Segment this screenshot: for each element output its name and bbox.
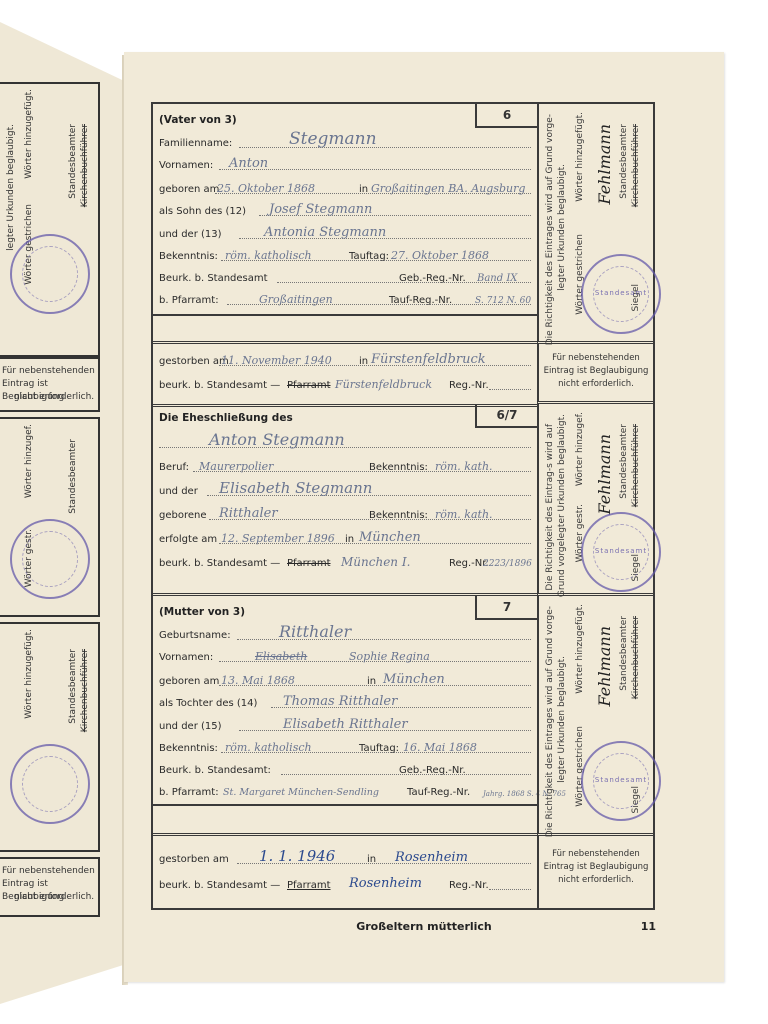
handwritten-value: Anton xyxy=(229,156,268,171)
added-words-label: Wörter hinzugef. xyxy=(575,412,586,486)
field-daughter-of: als Tochter des (14) Thomas Ritthaler xyxy=(159,690,531,712)
field-and-of: und der (15) Elisabeth Ritthaler xyxy=(159,713,531,735)
field-label: Beurk. b. Standesamt xyxy=(159,273,268,284)
left-cert-box-2: Wörter hinzugef. Wörter gestr. Standesbe… xyxy=(0,417,100,617)
dotted-line xyxy=(489,389,531,390)
field-label: b. Pfarramt: xyxy=(159,295,219,306)
left-official: Standesbeamter xyxy=(68,439,78,514)
dotted-line xyxy=(237,863,531,864)
field-died: gestorben am 1. 1. 1946 in Rosenheim xyxy=(159,846,531,868)
entry-number: 6 xyxy=(475,104,537,128)
dotted-line xyxy=(277,282,531,283)
left-official: Standesbeamter xyxy=(68,124,78,199)
left-added-words: Wörter hinzugefügt. xyxy=(24,629,34,719)
left-official: Standesbeamter xyxy=(68,649,78,724)
field-label: Vornamen: xyxy=(159,160,213,171)
field-family-name: Familienname: Stegmann xyxy=(159,130,531,152)
field-label: Pfarramt xyxy=(287,558,331,569)
field-birth-name: Geburtsname: Ritthaler xyxy=(159,622,531,644)
dotted-line xyxy=(219,543,531,544)
field-label: b. Pfarramt: xyxy=(159,787,219,798)
field-label: als Sohn des (12) xyxy=(159,206,246,217)
field-label: erfolgte am xyxy=(159,534,217,545)
field-label: Geburtsname: xyxy=(159,630,231,641)
left-cert-text: legter Urkunden beglaubigt. xyxy=(6,124,16,251)
field-label: Vornamen: xyxy=(159,652,213,663)
certification-text: Die Richtigkeit des Eintrages wird auf G… xyxy=(545,114,556,345)
dotted-line xyxy=(219,365,531,366)
certification-text: legter Urkunden beglaubigt. xyxy=(557,164,568,291)
dotted-line xyxy=(193,471,531,472)
no-certification-note-father: Für nebenstehenden Eintrag ist Beglaubig… xyxy=(537,344,653,404)
handwritten-value: München I. xyxy=(341,555,410,569)
handwritten-value: Anton Stegmann xyxy=(209,430,345,449)
note-line: Eintrag ist Beglaubigung xyxy=(543,861,649,874)
field-parish: b. Pfarramt: Großaitingen Tauf-Reg.-Nr. … xyxy=(159,287,531,309)
dotted-line xyxy=(281,774,531,775)
official-signature: Fehlmann xyxy=(595,434,614,514)
document-page: (Vater von 3) 6 Familienname: Stegmann V… xyxy=(124,52,724,982)
handwritten-value: 2223/1896 xyxy=(483,559,532,569)
certification-text: legter Urkunden beglaubigt. xyxy=(557,656,568,783)
dotted-line xyxy=(227,304,531,305)
previous-page-edge: legter Urkunden beglaubigt. Wörter hinzu… xyxy=(0,22,124,1004)
entry-number: 7 xyxy=(475,596,537,620)
official-title: Standesbeamter xyxy=(619,616,630,691)
section-title: (Mutter von 3) xyxy=(159,606,245,618)
handwritten-value: Rosenheim xyxy=(349,876,422,891)
official-seal xyxy=(10,744,90,824)
field-label: Bekenntnis: xyxy=(159,743,218,754)
official-signature: Fehlmann xyxy=(595,124,614,204)
entry-number: 6/7 xyxy=(475,404,537,428)
section-divider xyxy=(153,804,537,806)
left-note-box-2: Für nebenstehenden Eintrag ist Beglaubig… xyxy=(0,857,100,917)
section-title: Die Eheschließung des xyxy=(159,412,293,424)
dotted-line xyxy=(221,752,531,753)
field-label: beurk. b. Standesamt — xyxy=(159,880,280,891)
genealogy-form: (Vater von 3) 6 Familienname: Stegmann V… xyxy=(151,102,655,910)
dotted-line xyxy=(209,519,531,520)
handwritten-value: Fürstenfeldbruck xyxy=(335,378,432,391)
church-official-title: Kirchenbuchführer xyxy=(631,124,642,207)
official-seal xyxy=(10,234,90,314)
official-title: Standesbeamter xyxy=(619,424,630,499)
left-added-words: Wörter hinzugef. xyxy=(24,424,34,498)
field-bride: und der Elisabeth Stegmann xyxy=(159,478,531,500)
field-parish: b. Pfarramt: St. Margaret München-Sendli… xyxy=(159,779,531,801)
field-registry: Beurk. b. Standesamt Geb.-Reg.-Nr. Band … xyxy=(159,265,531,287)
field-label: und der xyxy=(159,486,198,497)
section-marriage: Die Eheschließung des 6/7 Anton Stegmann… xyxy=(153,404,537,596)
handwritten-value: Josef Stegmann xyxy=(269,202,372,217)
dotted-line xyxy=(239,147,531,148)
field-label: geboren am xyxy=(159,676,219,687)
seal-inscription: Standesamt xyxy=(583,289,659,297)
note-line: nicht erforderlich. xyxy=(543,874,649,887)
section-father: (Vater von 3) 6 Familienname: Stegmann V… xyxy=(153,104,537,344)
field-marriage-recorded: beurk. b. Standesamt — Pfarramt München … xyxy=(159,550,531,572)
handwritten-value: Sophie Regina xyxy=(349,650,430,663)
page-number: 11 xyxy=(641,920,656,933)
left-note-line: nicht erforderlich. xyxy=(14,891,94,904)
note-line: nicht erforderlich. xyxy=(543,378,649,391)
field-given-names: Vornamen: Elisabeth Sophie Regina xyxy=(159,644,531,666)
seal-inscription: Standesamt xyxy=(583,776,659,784)
field-label: Reg.-Nr. xyxy=(449,380,489,391)
handwritten-value: Antonia Stegmann xyxy=(264,225,386,240)
added-words-label: Wörter hinzugefügt. xyxy=(575,112,586,202)
field-label: Familienname: xyxy=(159,138,232,149)
note-line: Für nebenstehenden xyxy=(543,848,649,861)
left-cert-box-3: Wörter hinzugefügt. Standesbeamter Kirch… xyxy=(0,622,100,852)
field-label: Reg.-Nr. xyxy=(449,880,489,891)
church-official-title: Kirchenbuchführer xyxy=(631,616,642,699)
section-father-death: gestorben am 11. November 1940 in Fürste… xyxy=(153,344,537,407)
dotted-line xyxy=(221,260,531,261)
field-label: Tauf-Reg.-Nr. xyxy=(407,787,470,798)
left-note-line: nicht erforderlich. xyxy=(14,391,94,404)
added-words-label: Wörter hinzugefügt. xyxy=(575,604,586,694)
left-church-official: Kirchenbuchführer xyxy=(80,649,90,732)
handwritten-value: Thomas Ritthaler xyxy=(283,694,397,709)
field-occupation: Beruf: Maurerpolier Bekenntnis: röm. kat… xyxy=(159,454,531,476)
left-church-official: Kirchenbuchführer xyxy=(80,124,90,207)
no-certification-note-mother: Für nebenstehenden Eintrag ist Beglaubig… xyxy=(537,836,653,908)
dotted-line xyxy=(219,685,531,686)
field-nee: geborene Ritthaler Bekenntnis: röm. kath… xyxy=(159,502,531,524)
note-line: Für nebenstehenden xyxy=(543,352,649,365)
section-mother-death: gestorben am 1. 1. 1946 in Rosenheim beu… xyxy=(153,836,537,908)
note-line: Eintrag ist Beglaubigung xyxy=(543,365,649,378)
handwritten-value: Ritthaler xyxy=(279,622,351,641)
field-marriage-date: erfolgte am 12. September 1896 in Münche… xyxy=(159,526,531,548)
dotted-line xyxy=(489,889,531,890)
section-mother: (Mutter von 3) 7 Geburtsname: Ritthaler … xyxy=(153,596,537,836)
official-seal xyxy=(10,519,90,599)
field-label: und der (13) xyxy=(159,229,222,240)
certification-box-mother: Die Richtigkeit des Eintrages wird auf G… xyxy=(537,596,653,836)
left-note-box-1: Für nebenstehenden Eintrag ist Beglaubig… xyxy=(0,357,100,412)
field-son-of: als Sohn des (12) Josef Stegmann xyxy=(159,198,531,220)
field-label: Pfarramt xyxy=(287,380,331,391)
left-added-words: Wörter hinzugefügt. xyxy=(24,89,34,179)
section-title: (Vater von 3) xyxy=(159,114,237,126)
field-and-of: und der (13) Antonia Stegmann xyxy=(159,221,531,243)
field-label: gestorben am xyxy=(159,854,229,865)
handwritten-value: Stegmann xyxy=(289,129,377,149)
field-confession: Bekenntnis: röm. katholisch Tauftag: 27.… xyxy=(159,243,531,265)
official-signature: Fehlmann xyxy=(595,626,614,706)
left-note-line: Für nebenstehenden xyxy=(2,365,95,378)
handwritten-value: Elisabeth Ritthaler xyxy=(283,717,408,732)
field-label: als Tochter des (14) xyxy=(159,698,257,709)
certification-text: Die Richtigkeit des Eintrages wird auf G… xyxy=(545,606,556,837)
field-confession: Bekenntnis: röm. katholisch Tauftag: 16.… xyxy=(159,735,531,757)
certification-text: Grund vorgelegter Urkunden beglaubigt. xyxy=(557,414,568,597)
official-seal: Standesamt xyxy=(581,741,661,821)
field-label: beurk. b. Standesamt — xyxy=(159,558,280,569)
handwritten-value: St. Margaret München-Sendling xyxy=(223,787,379,798)
seal-inscription: Standesamt xyxy=(583,547,659,555)
field-label: Beurk. b. Standesamt: xyxy=(159,765,271,776)
field-born: geboren am 25. Oktober 1868 in Großaitin… xyxy=(159,176,531,198)
field-label: Beruf: xyxy=(159,462,189,473)
section-divider xyxy=(153,314,537,316)
field-label: beurk. b. Standesamt — xyxy=(159,380,280,391)
certification-box-marriage: Die Richtigkeit des Eintrag-s wird auf G… xyxy=(537,404,653,596)
field-label: geboren am xyxy=(159,184,219,195)
page-footer-title: Großeltern mütterlich xyxy=(124,920,724,933)
field-recorded: beurk. b. Standesamt — Pfarramt Rosenhei… xyxy=(159,872,531,894)
field-registry: Beurk. b. Standesamt: Geb.-Reg.-Nr. xyxy=(159,757,531,779)
field-given-names: Vornamen: Anton xyxy=(159,152,531,174)
dotted-line xyxy=(215,193,531,194)
handwritten-value: Elisabeth Stegmann xyxy=(219,479,372,497)
field-groom: Anton Stegmann xyxy=(159,430,531,452)
certification-text: Die Richtigkeit des Eintrag-s wird auf xyxy=(545,424,556,591)
field-born: geboren am 13. Mai 1868 in München xyxy=(159,668,531,690)
field-label: Bekenntnis: xyxy=(159,251,218,262)
field-recorded: beurk. b. Standesamt — Pfarramt Fürstenf… xyxy=(159,372,531,394)
field-label: Pfarramt xyxy=(287,880,331,891)
field-label: geborene xyxy=(159,510,207,521)
left-cert-box-1: legter Urkunden beglaubigt. Wörter hinzu… xyxy=(0,82,100,357)
left-note-line: Für nebenstehenden xyxy=(2,865,95,878)
field-died: gestorben am 11. November 1940 in Fürste… xyxy=(159,348,531,370)
official-seal: Standesamt xyxy=(581,512,661,592)
official-title: Standesbeamter xyxy=(619,124,630,199)
church-official-title: Kirchenbuchführer xyxy=(631,424,642,507)
certification-box-father: Die Richtigkeit des Eintrages wird auf G… xyxy=(537,104,653,344)
handwritten-value-struck: Elisabeth xyxy=(255,650,307,663)
field-label: und der (15) xyxy=(159,721,222,732)
official-seal: Standesamt xyxy=(581,254,661,334)
